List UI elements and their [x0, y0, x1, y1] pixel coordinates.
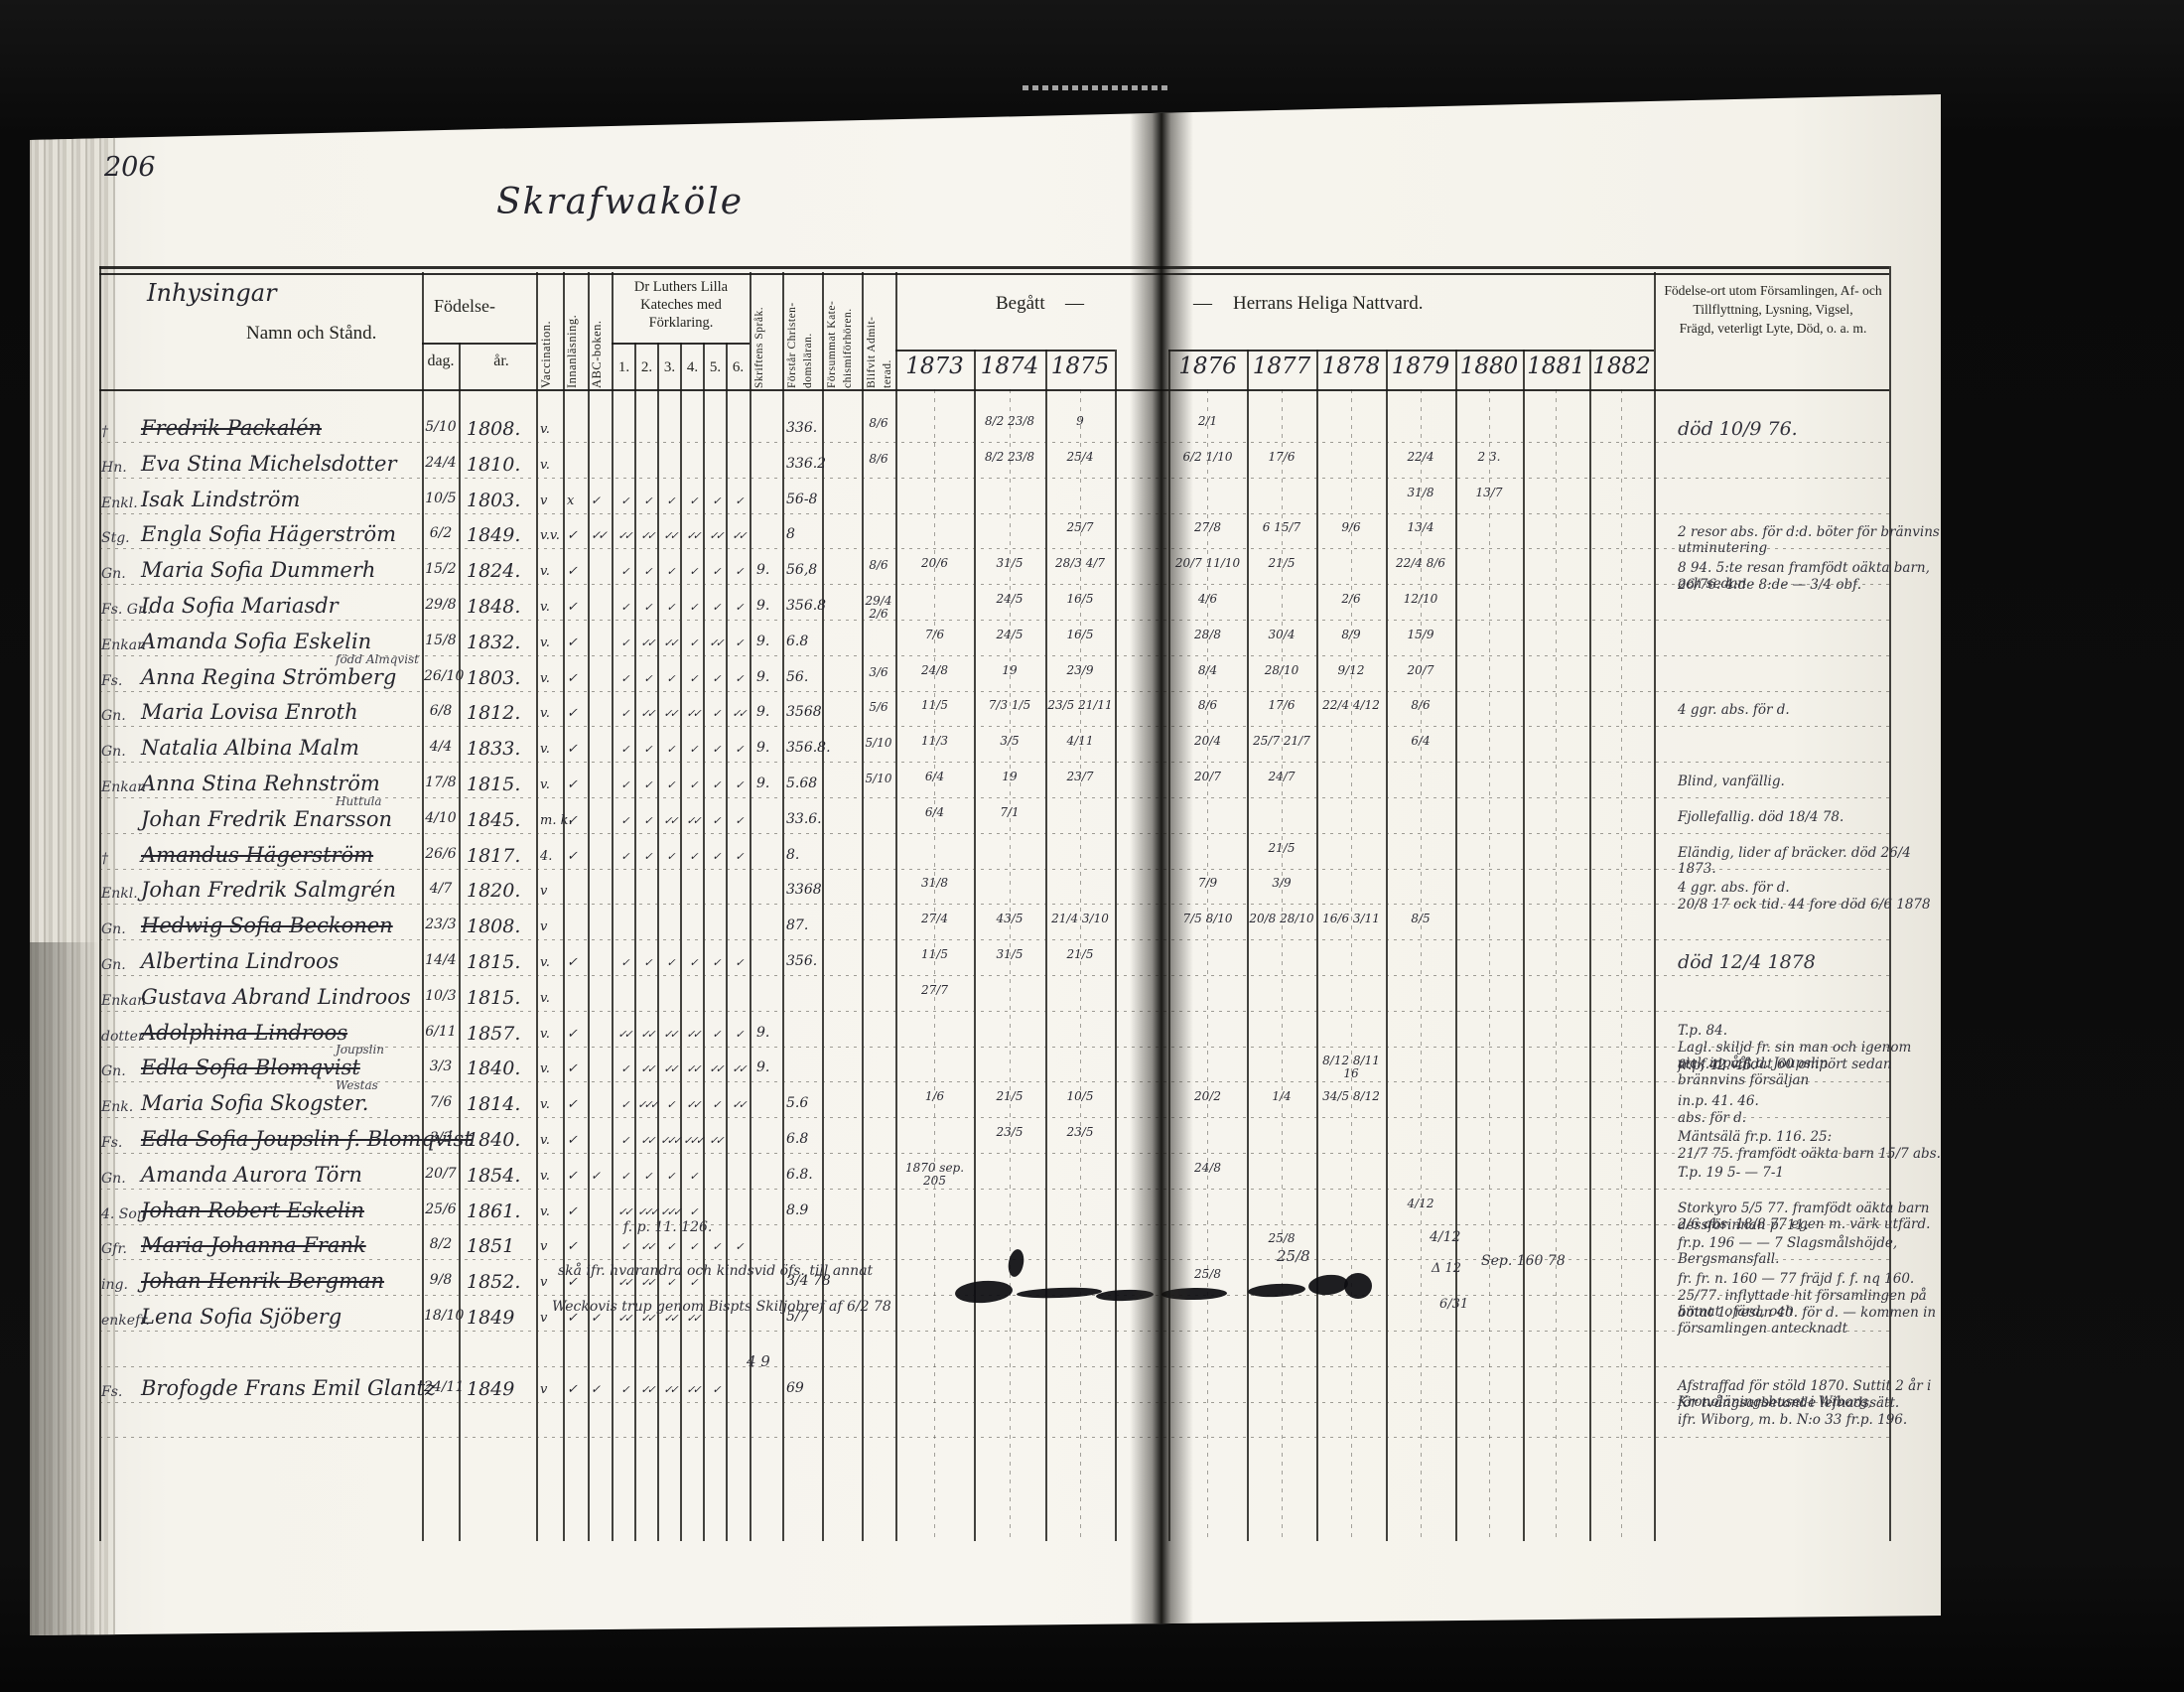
communion-dates: 31/5	[976, 948, 1043, 961]
entry-name: Hedwig Sofia Beckonen	[141, 914, 393, 937]
katekes-mark: ✓✓✓	[636, 1205, 657, 1218]
forstar-mark: 356.8.	[786, 740, 831, 756]
entry-prefix: Gn.	[101, 921, 126, 937]
katekes-mark: ✓	[614, 778, 634, 791]
header-forsummat-1: Försummat Kate-	[826, 275, 838, 388]
communion-dates: 7/1	[976, 806, 1043, 819]
communion-dates: 4/11	[1047, 735, 1113, 748]
birth-year: 1815.	[467, 987, 520, 1009]
communion-dates: 17/6	[1249, 699, 1314, 712]
header-katekes-2: Kateches med	[612, 297, 751, 314]
margin-note: dessförinnan p. 11.	[1678, 1217, 1809, 1233]
header-rule	[612, 343, 750, 345]
column-rule	[536, 272, 538, 1541]
birth-day: 14/4	[424, 952, 458, 968]
birth-year: 1820.	[467, 880, 520, 902]
communion-dates: 25/7	[1047, 521, 1113, 534]
birth-year: 1849	[467, 1378, 514, 1400]
skriftens-mark: 9.	[756, 775, 769, 791]
katekes-mark: ✓✓	[614, 529, 634, 542]
katekes-col-number: 4.	[682, 359, 703, 376]
entry-name-note: född Almqvist	[336, 652, 419, 666]
forstar-mark: 356.	[786, 953, 817, 969]
forstar-mark: 6.8.	[786, 1167, 813, 1183]
katekes-mark: ✓	[614, 1098, 634, 1111]
birth-year: 1849	[467, 1307, 514, 1329]
entry-prefix: Enkan	[101, 637, 146, 653]
communion-dates: 6/4	[897, 771, 972, 783]
katekes-mark: ✓	[682, 1205, 703, 1218]
header-admitterad-1: Blifvit Admit-	[866, 275, 878, 388]
birth-year: 1861.	[467, 1200, 520, 1222]
vaccination-mark: v.	[540, 564, 550, 579]
entry-prefix: Stg.	[101, 530, 130, 546]
birth-day: 29/8	[424, 597, 458, 613]
katekes-mark: ✓	[705, 565, 726, 578]
innanlasning-mark: ✓	[567, 1169, 578, 1184]
entry-name: Johan Robert Eskelin	[141, 1198, 364, 1222]
katekes-mark: ✓✓	[705, 1062, 726, 1075]
katekes-mark: ✓	[614, 1240, 634, 1253]
entry-name: Eva Stina Michelsdotter	[141, 452, 397, 476]
margin-note: in.p. 41. 46.	[1678, 1093, 1759, 1109]
katekes-mark: ✓	[705, 1383, 726, 1396]
row-rule	[99, 691, 1889, 692]
annotation: 4 9	[747, 1352, 770, 1370]
row-rule	[99, 869, 1889, 870]
katekes-mark: ✓✓	[636, 1028, 657, 1041]
communion-dates: 19	[976, 771, 1043, 783]
birth-year: 1840.	[467, 1129, 520, 1151]
margin-note: död 12/4 1878	[1678, 951, 1816, 973]
katekes-mark: ✓	[614, 1383, 634, 1396]
header-skriftens: Skriftens Språk.	[753, 275, 765, 388]
communion-dates: 8/2 23/8	[976, 451, 1043, 464]
vaccination-mark: v	[540, 1311, 547, 1326]
communion-dates: 23/5 21/11	[1047, 699, 1113, 712]
innanlasning-mark: ✓	[567, 635, 578, 650]
entry-prefix: Enkl.	[101, 495, 138, 511]
katekes-mark: ✓	[682, 565, 703, 578]
communion-dates: 24/5	[976, 593, 1043, 606]
forstar-mark: 8.	[786, 847, 799, 863]
header-katekes-3: Förklaring.	[612, 315, 751, 332]
communion-dates: 1870 sep. 205	[897, 1162, 972, 1188]
year-header: 1877	[1247, 353, 1316, 379]
communion-dates: 23/5	[976, 1126, 1043, 1139]
header-dash-left: —	[1065, 293, 1084, 315]
communion-dates: 12/10	[1388, 593, 1453, 606]
header-dash-right: —	[1193, 293, 1212, 315]
subcolumn-rule	[1556, 389, 1557, 1541]
innanlasning-mark: ✓	[567, 849, 578, 864]
innanlasning-mark: ✓	[567, 1204, 578, 1219]
margin-note: T.p. 19 5- — 7-1	[1678, 1165, 1784, 1181]
katekes-mark: ✓	[705, 1098, 726, 1111]
katekes-mark: ✓	[636, 743, 657, 756]
row-rule	[99, 1331, 1889, 1332]
katekes-mark: ✓	[659, 743, 680, 756]
entry-name: Anna Regina Strömberg	[141, 665, 396, 689]
innanlasning-mark: ✓	[567, 600, 578, 615]
column-rule	[657, 343, 659, 1541]
birth-year: 1824.	[467, 560, 520, 582]
scratch-mark	[1023, 85, 1171, 90]
column-rule	[680, 343, 682, 1541]
communion-dates: 21/4 3/10	[1047, 913, 1113, 925]
photo-background: 206 Skrafwaköle Inhysingar Namn och Stån…	[0, 0, 2184, 1692]
vaccination-mark: v.	[540, 1133, 550, 1148]
birth-day: 18/10	[424, 1308, 458, 1324]
katekes-mark: ✓✓	[659, 707, 680, 720]
communion-dates: 20/8 28/10	[1249, 913, 1314, 925]
communion-dates: 11/5	[897, 948, 972, 961]
katekes-mark: ✓✓	[705, 529, 726, 542]
margin-note: Blind, vanfällig.	[1678, 774, 1785, 789]
header-innanlasning: Innanläsning.	[565, 275, 580, 388]
birth-day: 4/7	[424, 881, 458, 897]
katekes-mark: ✓	[614, 814, 634, 827]
katekes-mark: ✓✓	[682, 529, 703, 542]
header-rule	[1168, 350, 1654, 352]
communion-dates: 22/4 4/12	[1318, 699, 1384, 712]
vaccination-mark: v	[540, 919, 547, 934]
vaccination-mark: v.	[540, 1097, 550, 1112]
katekes-mark: ✓	[659, 672, 680, 685]
entry-name: Isak Lindström	[141, 488, 300, 511]
katekes-mark: ✓	[728, 494, 749, 507]
entry-prefix: †	[101, 851, 108, 867]
header-begatt: Begått	[996, 293, 1045, 315]
column-rule	[1654, 272, 1656, 1541]
communion-dates: 21/5	[1249, 557, 1314, 570]
katekes-mark: ✓✓	[682, 707, 703, 720]
ledger-page: 206 Skrafwaköle Inhysingar Namn och Stån…	[30, 94, 1941, 1635]
vaccination-mark: v.	[540, 635, 550, 650]
katekes-mark: ✓	[636, 672, 657, 685]
katekes-mark: ✓	[682, 956, 703, 969]
row-rule	[99, 1366, 1889, 1367]
entry-name: Albertina Lindroos	[141, 949, 339, 973]
admitterad-mark: 8/6	[864, 453, 893, 466]
entry-prefix: Gn.	[101, 708, 126, 724]
communion-dates: 16/6 3/11	[1318, 913, 1384, 925]
entry-name: Gustava Abrand Lindroos	[141, 985, 411, 1009]
communion-dates: 27/4	[897, 913, 972, 925]
katekes-mark: ✓	[614, 707, 634, 720]
margin-note: ifr. Wiborg, m. b. N:o 33 fr.p. 196.	[1678, 1412, 1907, 1428]
communion-dates: 6/4	[897, 806, 972, 819]
katekes-mark: ✓	[682, 636, 703, 649]
entry-prefix: 4. Son	[101, 1206, 146, 1222]
katekes-mark: ✓	[705, 778, 726, 791]
katekes-mark: ✓✓✓	[659, 1205, 680, 1218]
birth-year: 1852.	[467, 1271, 520, 1293]
communion-dates: 7/3 1/5	[976, 699, 1043, 712]
entry-prefix: Gn.	[101, 1171, 126, 1187]
birth-year: 1814.	[467, 1093, 520, 1115]
birth-year: 1808.	[467, 916, 520, 937]
margin-note: Fjollefallig. död 18/4 78.	[1678, 809, 1843, 825]
column-rule	[1115, 350, 1117, 1541]
katekes-mark: ✓	[614, 743, 634, 756]
katekes-mark: ✓	[659, 1240, 680, 1253]
entry-prefix: dotter	[101, 1029, 145, 1045]
page-number: 206	[104, 152, 156, 183]
birth-day: 8/2	[424, 1236, 458, 1252]
entry-prefix: Fs.	[101, 1135, 122, 1151]
vaccination-mark: v.	[540, 422, 550, 437]
annotation: 25/8	[1277, 1247, 1310, 1265]
birth-day: 6/11	[424, 1024, 458, 1040]
year-header: 1880	[1455, 353, 1523, 379]
year-header: 1879	[1386, 353, 1455, 379]
year-header: 1874	[974, 353, 1045, 379]
column-rule	[612, 272, 614, 1541]
katekes-mark: ✓	[636, 601, 657, 614]
birth-day: 26/10	[424, 668, 458, 684]
katekes-col-number: 5.	[705, 359, 726, 376]
katekes-mark: ✓	[659, 565, 680, 578]
birth-year: 1810.	[467, 454, 520, 476]
katekes-mark: ✓✓	[682, 1098, 703, 1111]
katekes-mark: ✓	[705, 494, 726, 507]
abc-mark: ✓✓	[591, 528, 605, 542]
admitterad-mark: 29/4 2/6	[864, 595, 893, 621]
katekes-mark: ✓✓	[728, 1062, 749, 1075]
innanlasning-mark: x	[567, 493, 574, 508]
katekes-mark: ✓	[728, 636, 749, 649]
entry-name: Edla Sofia Blomqvist	[141, 1056, 360, 1079]
header-vaccination: Vaccination.	[539, 275, 554, 388]
katekes-mark: ✓✓	[614, 1205, 634, 1218]
birth-year: 1812.	[467, 702, 520, 724]
forstar-mark: 336.	[786, 420, 817, 436]
forstar-mark: 8.9	[786, 1202, 808, 1218]
birth-day: 24/11	[424, 1379, 458, 1395]
row-rule	[99, 584, 1889, 585]
communion-dates: 25/4	[1047, 451, 1113, 464]
vaccination-mark: v.	[540, 991, 550, 1006]
forstar-mark: 69	[786, 1380, 804, 1396]
birth-day: 20/7	[424, 1166, 458, 1182]
page-title: Skrafwaköle	[496, 182, 744, 222]
communion-dates: 22/4 8/6	[1388, 557, 1453, 570]
katekes-mark: ✓✓	[682, 1383, 703, 1396]
column-rule	[726, 343, 728, 1541]
birth-day: 6/2	[424, 525, 458, 541]
margin-note: 26/76. 4:de 8:de — 3/4 obf.	[1678, 577, 1861, 593]
forstar-mark: 56,8	[786, 562, 817, 578]
column-rule	[1455, 350, 1457, 1541]
admitterad-mark: 8/6	[864, 559, 893, 572]
katekes-mark: ✓✓	[705, 1134, 726, 1147]
katekes-mark: ✓✓	[636, 636, 657, 649]
katekes-col-number: 2.	[636, 359, 657, 376]
katekes-mark: ✓✓	[659, 1028, 680, 1041]
vaccination-mark: v.	[540, 458, 550, 473]
column-rule	[895, 272, 897, 1541]
margin-note: 4 ggr. abs. för d.	[1678, 880, 1790, 896]
vaccination-mark: v.	[540, 1169, 550, 1184]
communion-dates: 8/2 23/8	[976, 415, 1043, 428]
margin-note: 2 resor abs. för d:d. böter för bränvins…	[1678, 524, 1941, 556]
innanlasning-mark: ✓	[567, 955, 578, 970]
margin-note: fr. fr. n. 160 — 77 fräjd f. f. nq 160.	[1678, 1271, 1914, 1287]
annotation: Weckovis trup genom Bispts Skiljobref af…	[552, 1299, 891, 1315]
subcolumn-rule	[1351, 389, 1352, 1541]
katekes-mark: ✓	[728, 1240, 749, 1253]
entry-name-note: Huttula	[336, 794, 382, 808]
birth-day: 7/6	[424, 1094, 458, 1110]
communion-dates: 6 15/7	[1249, 521, 1314, 534]
forstar-mark: 5.6	[786, 1095, 808, 1111]
birth-day: 15/8	[424, 633, 458, 648]
entry-name-note: Joupslin	[336, 1043, 384, 1057]
vaccination-mark: v	[540, 1382, 547, 1397]
birth-day: 3/3	[424, 1058, 458, 1074]
katekes-mark: ✓✓	[636, 1383, 657, 1396]
entry-prefix: Fs.	[101, 673, 122, 689]
entry-name: Engla Sofia Hägerström	[141, 522, 396, 546]
katekes-mark: ✓✓	[636, 1062, 657, 1075]
entry-name: Natalia Albina Malm	[141, 736, 359, 760]
innanlasning-mark: ✓	[567, 1239, 578, 1254]
birth-year: 1854.	[467, 1165, 520, 1187]
katekes-mark: ✓	[614, 1062, 634, 1075]
header-birth-day: dag.	[423, 352, 459, 370]
birth-year: 1803.	[467, 667, 520, 689]
entry-name: Edla Sofia Joupslin f. Blomqvist	[141, 1127, 473, 1151]
katekes-mark: ✓✓	[728, 707, 749, 720]
communion-dates: 15/9	[1388, 629, 1453, 641]
communion-dates: 19	[976, 664, 1043, 677]
katekes-mark: ✓	[614, 636, 634, 649]
innanlasning-mark: ✓	[567, 1061, 578, 1076]
katekes-mark: ✓	[682, 743, 703, 756]
entry-name: Anna Stina Rehnström	[141, 772, 380, 795]
row-rule	[99, 1402, 1889, 1403]
entry-name: Amanda Sofia Eskelin	[141, 630, 371, 653]
row-rule	[99, 1437, 1889, 1438]
katekes-mark: ✓	[614, 494, 634, 507]
katekes-mark: ✓✓✓	[659, 1134, 680, 1147]
annotation: 4/12	[1430, 1229, 1460, 1245]
subcolumn-rule	[1621, 389, 1622, 1541]
row-rule	[99, 904, 1889, 905]
admitterad-mark: 3/6	[864, 666, 893, 679]
communion-dates: 6/4	[1388, 735, 1453, 748]
abc-mark: ✓	[591, 1382, 598, 1396]
row-rule	[99, 620, 1889, 621]
katekes-mark: ✓✓	[728, 529, 749, 542]
entry-name: Maria Sofia Dummerh	[141, 558, 375, 582]
katekes-mark: ✓✓✓	[682, 1134, 703, 1147]
abc-mark: ✓	[591, 493, 598, 507]
communion-dates: 24/7	[1249, 771, 1314, 783]
communion-dates: 25/8	[1249, 1232, 1314, 1245]
katekes-mark: ✓✓	[728, 1098, 749, 1111]
column-rule	[974, 350, 976, 1541]
katekes-mark: ✓	[659, 1170, 680, 1183]
vaccination-mark: v	[540, 1239, 547, 1254]
vaccination-mark: v.	[540, 671, 550, 686]
katekes-mark: ✓	[728, 601, 749, 614]
birth-year: 1815.	[467, 951, 520, 973]
header-birth-year: år.	[467, 352, 536, 370]
communion-dates: 9/12	[1318, 664, 1384, 677]
katekes-col-number: 3.	[659, 359, 680, 376]
katekes-mark: ✓	[728, 778, 749, 791]
innanlasning-mark: ✓	[567, 742, 578, 757]
entry-name: Adolphina Lindroos	[141, 1021, 347, 1045]
communion-dates: 3/9	[1249, 877, 1314, 890]
katekes-mark: ✓	[636, 956, 657, 969]
communion-dates: 24/8	[897, 664, 972, 677]
entry-prefix: Gn.	[101, 1063, 126, 1079]
communion-dates: 8/12 8/11 16	[1318, 1055, 1384, 1080]
communion-dates: 11/3	[897, 735, 972, 748]
admitterad-mark: 8/6	[864, 417, 893, 430]
entry-name: Lena Sofia Sjöberg	[141, 1305, 341, 1329]
forstar-mark: 6.8	[786, 634, 808, 649]
entry-name: Brofogde Frans Emil Glantz	[141, 1376, 436, 1400]
header-nattvard: Herrans Heliga Nattvard.	[1233, 293, 1424, 315]
katekes-mark: ✓	[705, 1240, 726, 1253]
birth-year: 1833.	[467, 738, 520, 760]
katekes-mark: ✓✓	[636, 1240, 657, 1253]
entry-name: Johan Fredrik Salmgrén	[141, 878, 396, 902]
entry-prefix: Gn.	[101, 566, 126, 582]
column-rule	[703, 343, 705, 1541]
column-rule	[563, 272, 565, 1541]
ink-blot	[1017, 1287, 1102, 1300]
row-rule	[99, 833, 1889, 834]
entry-name: Amanda Aurora Törn	[141, 1163, 362, 1187]
vaccination-mark: v.	[540, 777, 550, 792]
communion-dates: 31/8	[897, 877, 972, 890]
communion-dates: 8/5	[1388, 913, 1453, 925]
row-rule	[99, 1189, 1889, 1190]
communion-dates: 23/5	[1047, 1126, 1113, 1139]
entry-name: Ida Sofia Mariasdr	[141, 594, 339, 618]
column-rule	[750, 272, 751, 1541]
communion-dates: 9/6	[1318, 521, 1384, 534]
birth-year: 1840.	[467, 1057, 520, 1079]
katekes-mark: ✓	[728, 956, 749, 969]
entry-name: Fredrik Packalén	[141, 416, 322, 440]
innanlasning-mark: ✓	[567, 1097, 578, 1112]
skriftens-mark: 9.	[756, 598, 769, 614]
skriftens-mark: 9.	[756, 704, 769, 720]
row-rule	[99, 1224, 1889, 1225]
skriftens-mark: 9.	[756, 1059, 769, 1075]
row-rule	[99, 1011, 1889, 1012]
birth-day: 10/5	[424, 491, 458, 506]
skriftens-mark: 9.	[756, 634, 769, 649]
birth-year: 1817.	[467, 845, 520, 867]
vaccination-mark: v.	[540, 955, 550, 970]
birth-day: 4/4	[424, 739, 458, 755]
communion-dates: 1/6	[897, 1090, 972, 1103]
entry-prefix: Hn.	[101, 460, 127, 476]
margin-note: 20/8 17 ock tid. 44 fore död 6/6 1878	[1678, 897, 1931, 913]
katekes-mark: ✓	[636, 814, 657, 827]
annotation: skå ifr. hvarandra och kindsvid öfs. til…	[558, 1263, 873, 1279]
annotation: Δ 12	[1432, 1261, 1461, 1276]
header-forstar-1: Förstår Christen-	[786, 275, 798, 388]
vaccination-mark: v.	[540, 600, 550, 615]
